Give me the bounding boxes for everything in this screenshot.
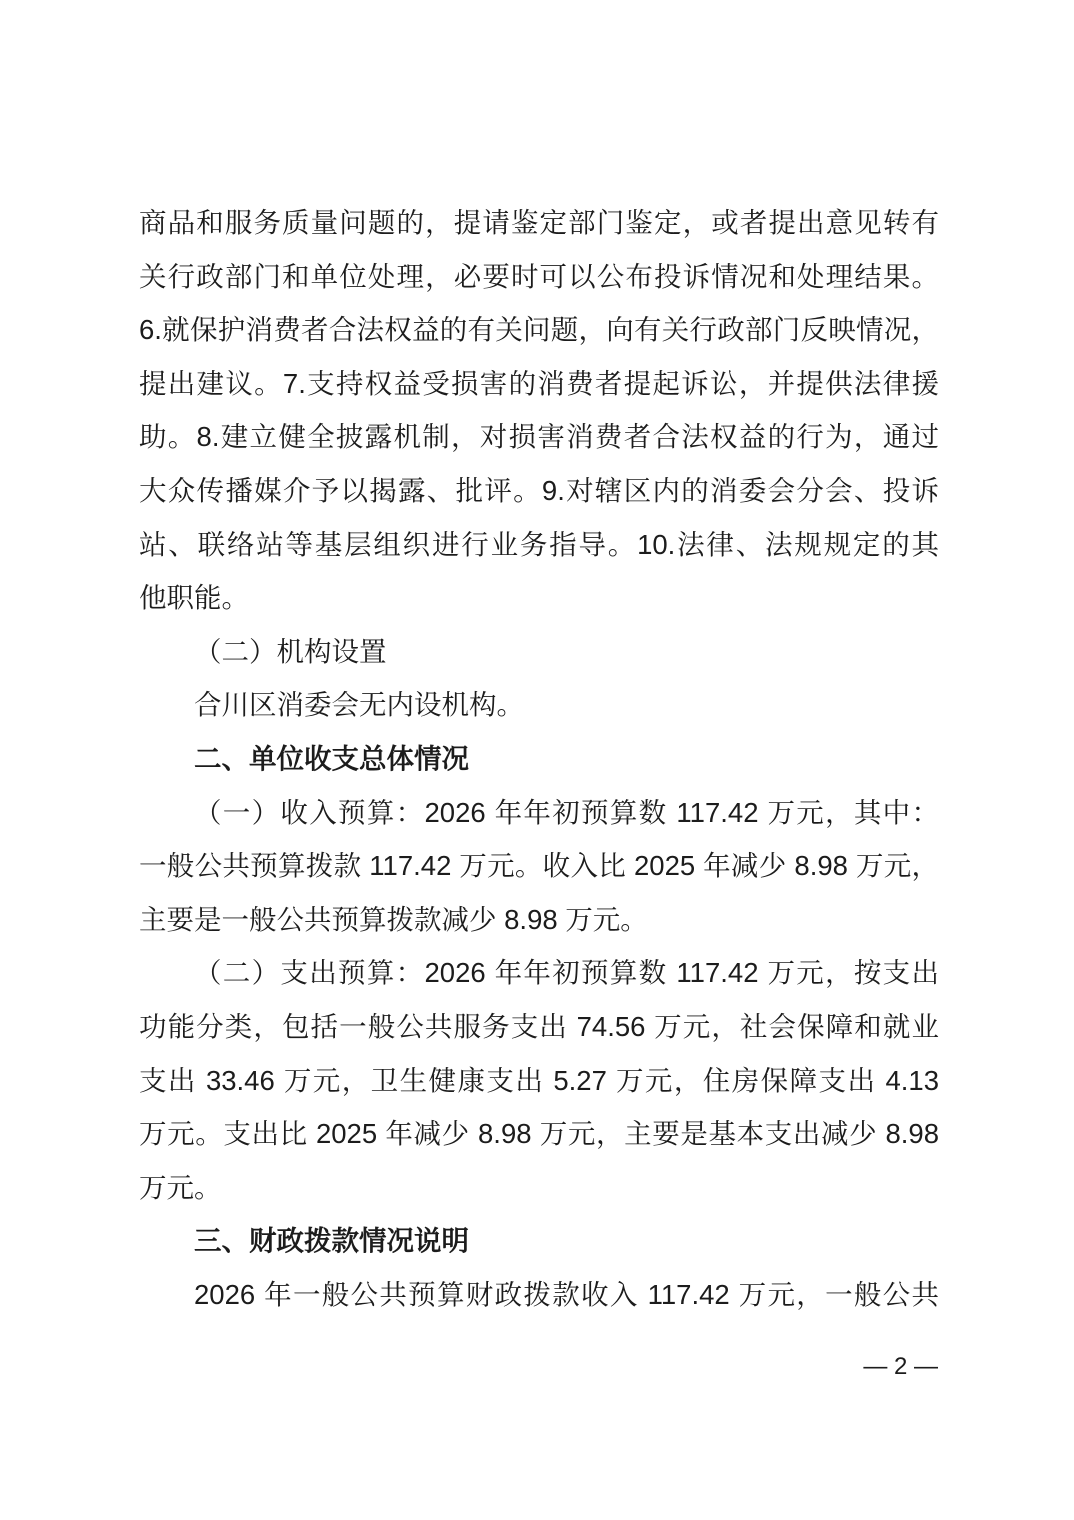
text-line: 万元。支出比 2025 年减少 8.98 万元，主要是基本支出减少 8.98 (139, 1107, 939, 1161)
page-number: — 2 — (863, 1352, 938, 1382)
text-line: 商品和服务质量问题的，提请鉴定部门鉴定，或者提出意见转有 (139, 196, 939, 250)
text-line: 关行政部门和单位处理，必要时可以公布投诉情况和处理结果。 (139, 250, 939, 304)
text-line: 一般公共预算拨款 117.42 万元。收入比 2025 年减少 8.98 万元， (139, 839, 939, 893)
text-line: 6.就保护消费者合法权益的有关问题，向有关行政部门反映情况， (139, 303, 939, 357)
text-line: 功能分类，包括一般公共服务支出 74.56 万元，社会保障和就业 (139, 1000, 939, 1054)
text-line: （一）收入预算：2026 年年初预算数 117.42 万元，其中： (139, 786, 939, 840)
text-line: 他职能。 (139, 571, 939, 625)
section-heading: 三、财政拨款情况说明 (139, 1214, 939, 1268)
text-line: 站、联络站等基层组织进行业务指导。10.法律、法规规定的其 (139, 518, 939, 572)
text-line: 提出建议。7.支持权益受损害的消费者提起诉讼，并提供法律援 (139, 357, 939, 411)
text-line: （二）支出预算：2026 年年初预算数 117.42 万元，按支出 (139, 946, 939, 1000)
text-line: （二）机构设置 (139, 625, 939, 679)
text-line: 万元。 (139, 1161, 939, 1215)
document-page: { "page": { "background_color": "#ffffff… (0, 0, 1074, 1520)
document-body: 商品和服务质量问题的，提请鉴定部门鉴定，或者提出意见转有关行政部门和单位处理，必… (139, 196, 939, 1321)
text-line: 支出 33.46 万元，卫生健康支出 5.27 万元，住房保障支出 4.13 (139, 1054, 939, 1108)
section-heading: 二、单位收支总体情况 (139, 732, 939, 786)
text-line: 主要是一般公共预算拨款减少 8.98 万元。 (139, 893, 939, 947)
text-line: 助。8.建立健全披露机制，对损害消费者合法权益的行为，通过 (139, 410, 939, 464)
text-line: 大众传播媒介予以揭露、批评。9.对辖区内的消委会分会、投诉 (139, 464, 939, 518)
text-line: 2026 年一般公共预算财政拨款收入 117.42 万元，一般公共 (139, 1268, 939, 1322)
text-line: 合川区消委会无内设机构。 (139, 678, 939, 732)
